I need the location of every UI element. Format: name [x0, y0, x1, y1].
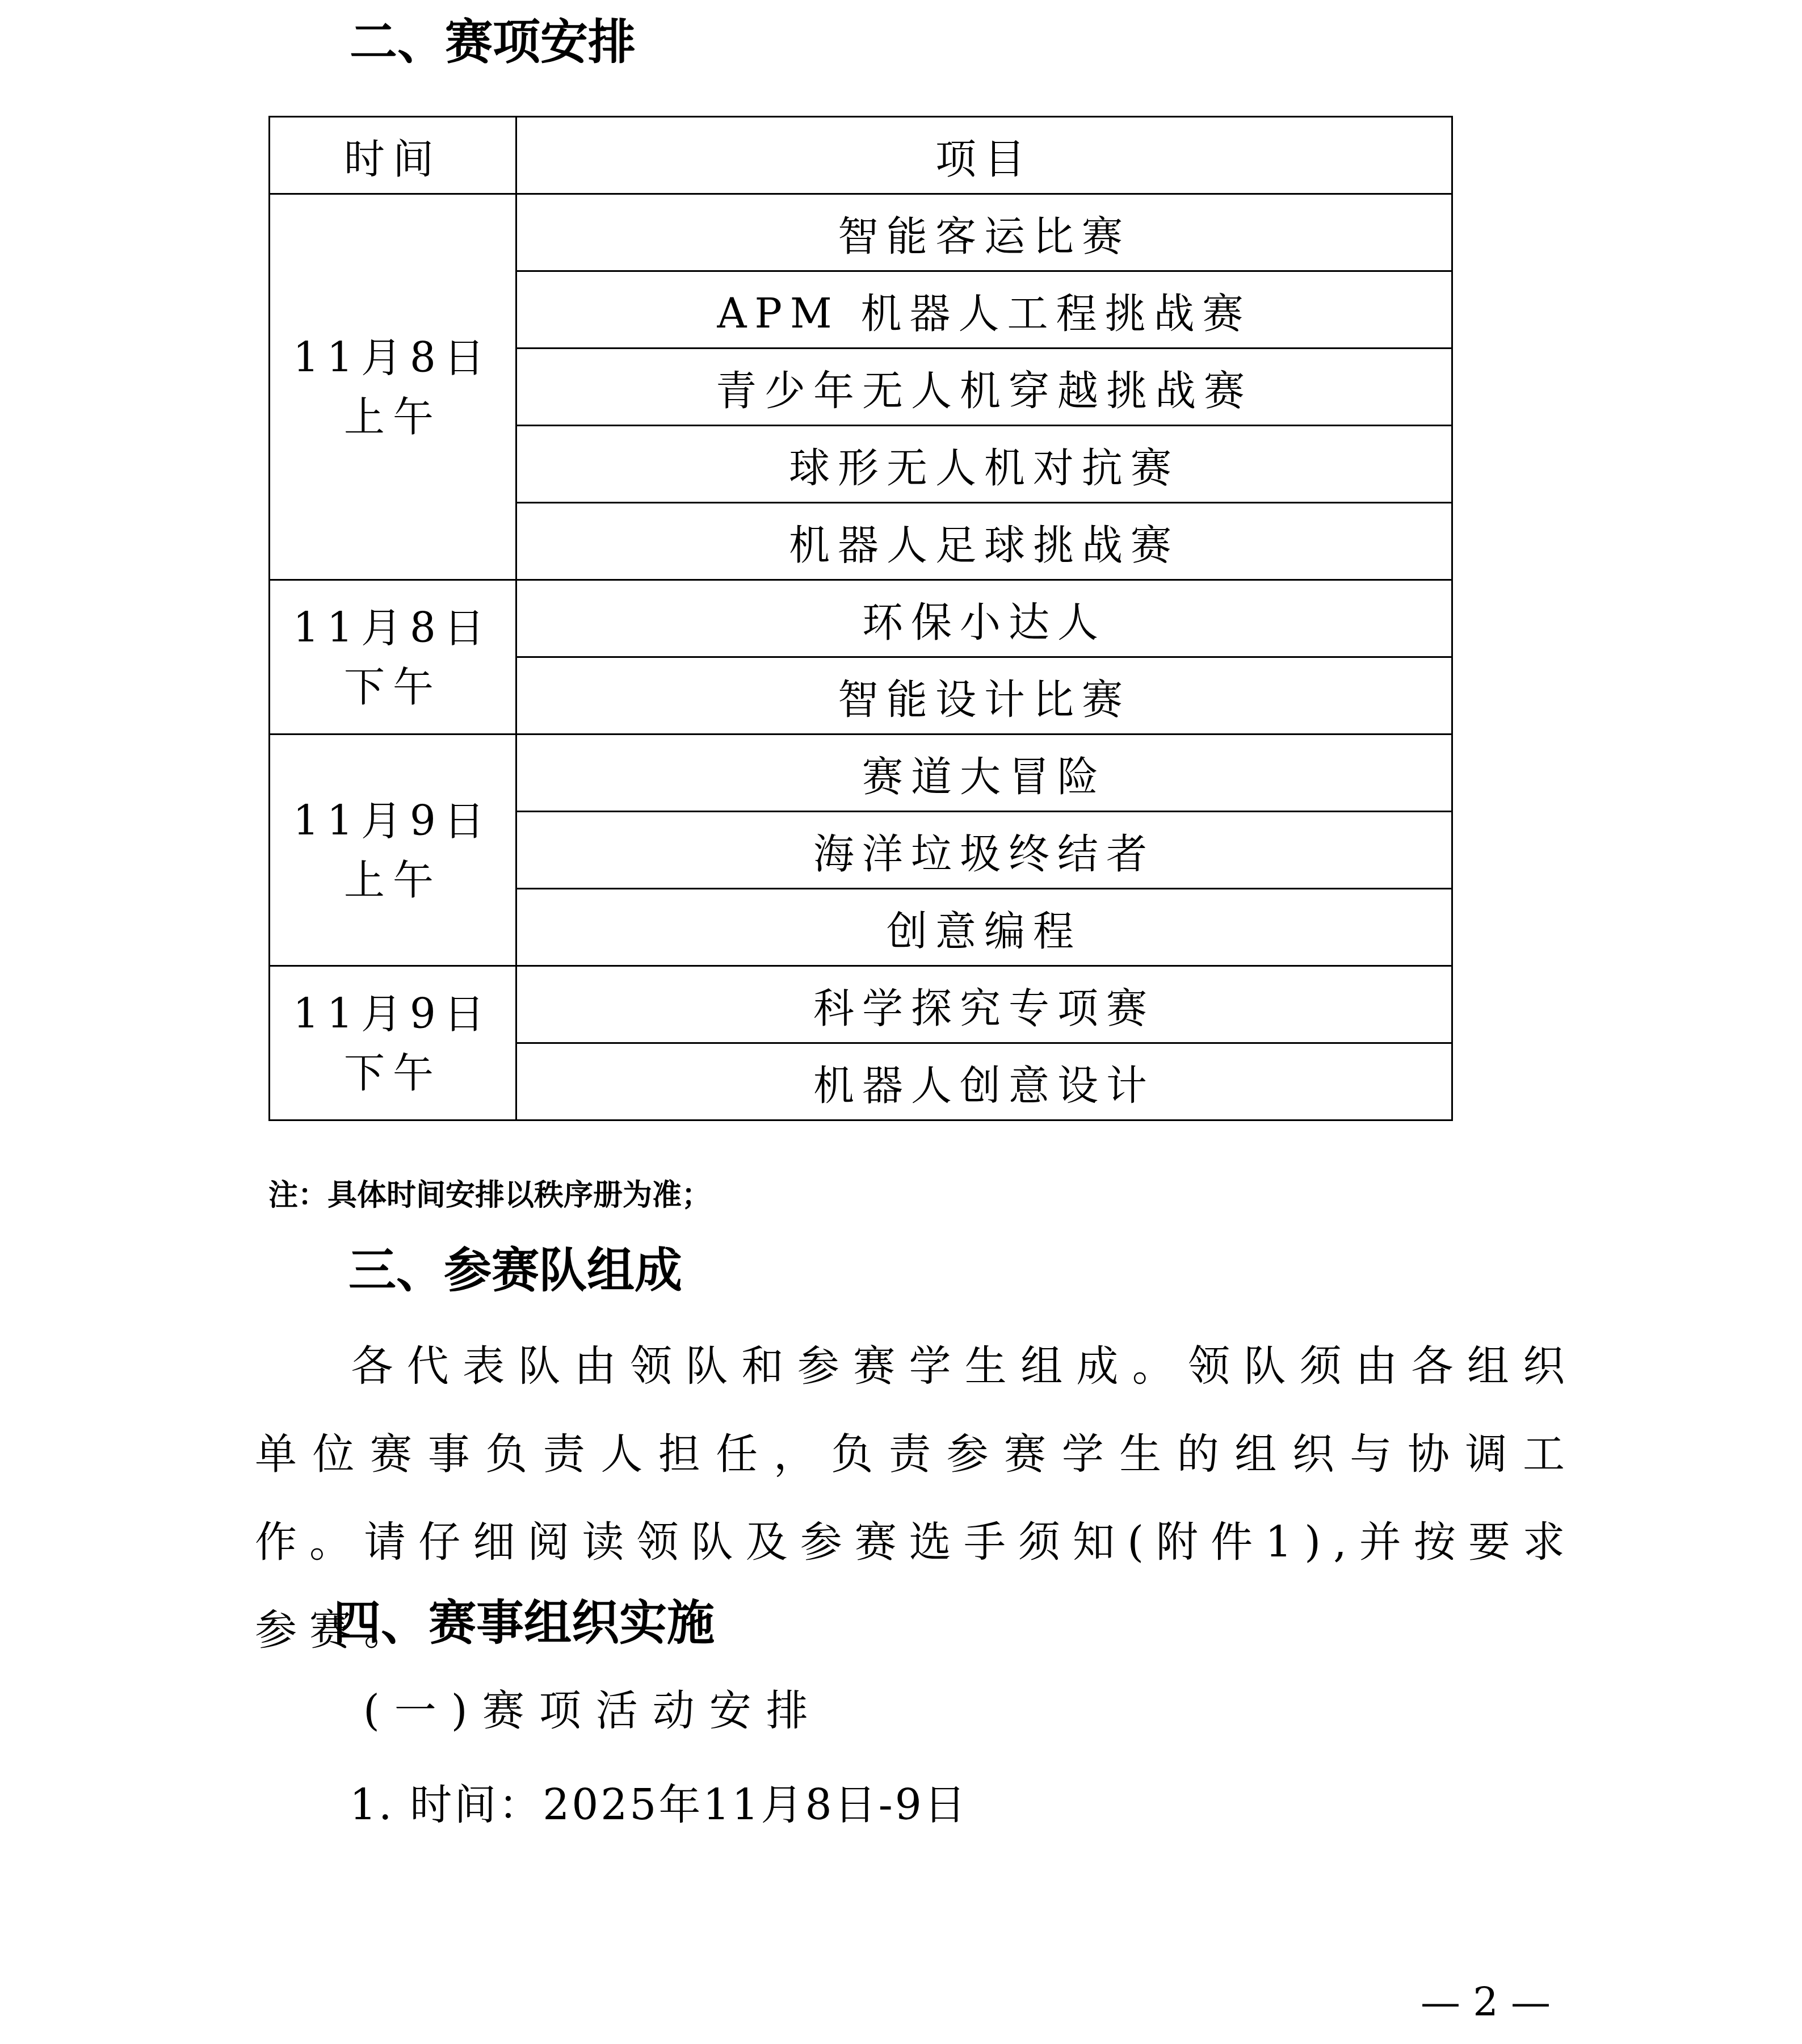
event-cell: 环保小达人 [516, 580, 1452, 657]
time-cell: 11月9日 上午 [270, 735, 516, 966]
time-cell: 11月8日 下午 [270, 580, 516, 735]
schedule-note: 注：具体时间安排以秩序册为准； [268, 1181, 711, 1210]
period-label: 上午 [270, 850, 515, 909]
schedule-table: 时间 项目 11月8日 上午 智能客运比赛 APM 机器人工程挑战赛 青少年无人… [268, 116, 1453, 1121]
event-cell: 机器人足球挑战赛 [516, 503, 1452, 580]
event-cell: 智能设计比赛 [516, 657, 1452, 735]
subheading-activity-schedule: (一)赛项活动安排 [363, 1690, 823, 1732]
table-row: 11月9日 上午 赛道大冒险 [270, 735, 1452, 812]
period-label: 下午 [270, 1043, 515, 1102]
date-label: 11月9日 [270, 791, 515, 850]
event-cell: APM 机器人工程挑战赛 [516, 271, 1452, 349]
event-cell: 青少年无人机穿越挑战赛 [516, 349, 1452, 426]
section-heading-schedule: 二、赛项安排 [350, 18, 636, 66]
table-row: 11月9日 下午 科学探究专项赛 [270, 966, 1452, 1043]
event-cell: 智能客运比赛 [516, 194, 1452, 271]
table-row: 11月8日 下午 环保小达人 [270, 580, 1452, 657]
event-cell: 赛道大冒险 [516, 735, 1452, 812]
date-label: 11月9日 [270, 984, 515, 1043]
header-time: 时间 [270, 117, 516, 194]
page-number: — 2 — [1421, 1982, 1551, 2022]
time-cell: 11月9日 下午 [270, 966, 516, 1120]
event-cell: 创意编程 [516, 889, 1452, 966]
table-row: 11月8日 上午 智能客运比赛 [270, 194, 1452, 271]
period-label: 下午 [270, 657, 515, 716]
section-heading-teams: 三、参赛队组成 [348, 1246, 682, 1294]
time-cell: 11月8日 上午 [270, 194, 516, 580]
date-label: 11月8日 [270, 328, 515, 387]
event-cell: 海洋垃圾终结者 [516, 812, 1452, 889]
event-cell: 科学探究专项赛 [516, 966, 1452, 1043]
period-label: 上午 [270, 387, 515, 446]
section-heading-organization: 四、赛事组织实施 [333, 1599, 715, 1647]
event-cell: 机器人创意设计 [516, 1043, 1452, 1120]
date-label: 11月8日 [270, 598, 515, 657]
item-time: 1. 时间：2025年11月8日-9日 [350, 1784, 968, 1826]
header-event: 项目 [516, 117, 1452, 194]
table-header-row: 时间 项目 [270, 117, 1452, 194]
event-cell: 球形无人机对抗赛 [516, 426, 1452, 503]
